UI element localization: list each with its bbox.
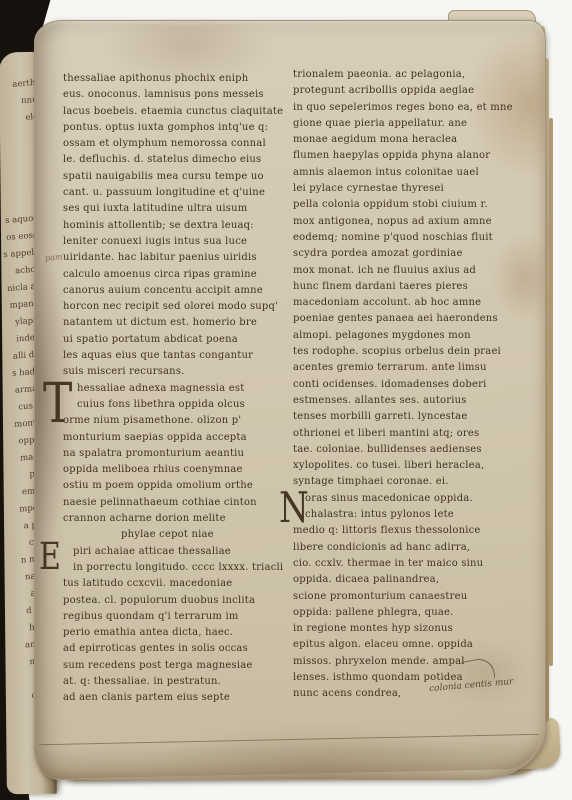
manuscript-line: othrionei et liberi mantini atq; ores [293,426,541,442]
manuscript-line: scydra pordea amozat gordiniae [293,246,541,262]
manuscript-line: tae. coloniae. bullidenses aedienses [293,442,541,458]
manuscript-line: cant. u. passuum longitudine et q'uine [63,185,297,201]
manuscript-line: sum recedens post terga magnesiae [63,658,297,674]
manuscript-line: le. defluchis. d. statelus dimecho eius [63,152,297,168]
manuscript-line: ad aen clanis partem eius septe [63,690,297,706]
manuscript-photo: aerthosnnum elomsi s aquosos eosds appel… [0,0,572,800]
manuscript-line: in porrectu longitudo. cccc lxxxx. triac… [63,560,297,576]
manuscript-line: oppida: pallene phlegra, quae. [293,605,541,621]
fold-crease [39,734,539,779]
manuscript-line: chalastra: intus pylonos lete [293,507,541,523]
manuscript-line: lacus boebeis. etaemia cunctus claquitat… [63,104,297,120]
manuscript-line: ad epirroticas gentes in solis occas [63,641,297,657]
manuscript-line: tenses morbilli garreti. lyncestae [293,409,541,425]
manuscript-line: natantem ut dictum est. homerio bre [63,315,297,331]
manuscript-line: in regione montes hyp sizonus [293,621,541,637]
manuscript-line: leniter conuexi iugis intus sua luce [63,234,297,250]
manuscript-line: poeniae gentes panaea aei haerondens [293,311,541,327]
manuscript-line: crannon acharne dorion melite [63,511,297,527]
initial-n: N [279,487,309,530]
manuscript-line: calculo amoenus circa ripas gramine [63,267,297,283]
manuscript-line: monturium saepias oppida accepta [63,430,297,446]
recto-page: thessaliae apithonus phochix enipheus. o… [34,20,546,780]
manuscript-line: missos. phryxelon mende. ampal [293,654,541,670]
manuscript-line: acentes gremio terrarum. ante limsu [293,360,541,376]
manuscript-line: piri achaiae atticae thessaliae [63,544,297,560]
manuscript-line: perio emathia antea dicta, haec. [63,625,297,641]
manuscript-line: hominis attollentib; se dextra leuaq: [63,218,297,234]
initial-e: E [39,539,61,577]
initial-t: T [43,377,72,432]
manuscript-line: amnis alaemon intus colonitae uael [293,165,541,181]
fore-edge-leaves [549,118,553,666]
manuscript-line: protegunt acribollis oppida aeglae [293,83,541,99]
manuscript-line: les aquas eius que tantas congantur [63,348,297,364]
manuscript-line: medio q: littoris flexus thessolonice [293,523,541,539]
manuscript-line: pontus. optus iuxta gomphos intq'ue q: [63,120,297,136]
manuscript-line: lei pylace cyrnestae thyresei [293,181,541,197]
manuscript-line: macedoniam accolunt. ab hoc amne [293,295,541,311]
manuscript-line: nunc acens condrea, [293,686,541,702]
manuscript-line: oppida. dicaea palinandrea, [293,572,541,588]
manuscript-line: orme nium pisamethone. olizon p' [63,413,297,429]
manuscript-line: pella colonia oppidum stobi ciuium r. [293,197,541,213]
manuscript-line: naesie pelinnathaeum cothiae cinton [63,495,297,511]
manuscript-line: in quo sepelerimos reges bono ea, et mne [293,100,541,116]
manuscript-line: libere condicionis ad hanc adirra, [293,540,541,556]
manuscript-line: at. q: thessaliae. in pestratun. [63,674,297,690]
manuscript-line: eus. onoconus. lamnisus pons messeis [63,87,297,103]
manuscript-line: almopi. pelagones mygdones mon [293,328,541,344]
manuscript-line: canorus auium concentu accipit amne [63,283,297,299]
manuscript-line: tes rodophe. scopius orbelus dein praei [293,344,541,360]
manuscript-line: estmenses. allantes ses. autorius [293,393,541,409]
manuscript-line: scione promonturium canaestreu [293,589,541,605]
manuscript-line: ui spatio portatum abdicat poena [63,332,297,348]
marginal-gloss: pam [45,252,63,262]
manuscript-line: epitus algon. elaceu omne. oppida [293,637,541,653]
manuscript-line: suis misceri recursans. [63,364,297,380]
right-column: trionalem paeonia. ac pelagonia,protegun… [293,67,541,703]
manuscript-line: gione quae pieria appellatur. ane [293,116,541,132]
manuscript-line: na spalatra promonturium aeantiu [63,446,297,462]
manuscript-line: trionalem paeonia. ac pelagonia, [293,67,541,83]
manuscript-line: thessaliae apithonus phochix eniph [63,71,297,87]
manuscript-line: horcon nec recipit sed olorei modo supq' [63,299,297,315]
manuscript-line: postea. cl. populorum duobus inclita [63,593,297,609]
manuscript-line: oras sinus macedonicae oppida. [293,491,541,507]
manuscript-line: syntage timphaei coronae. ei. [293,474,541,490]
manuscript-line: regibus quondam q'i terrarum im [63,609,297,625]
manuscript-line: cuius fons libethra oppida olcus [63,397,297,413]
manuscript-line: uiridante. hac labitur paenius uiridis [63,250,297,266]
manuscript-line: monae aegidum mona heraclea [293,132,541,148]
manuscript-line: eodemq; nomine p'quod noschias fluit [293,230,541,246]
manuscript-line: mox monat. ich ne fluuius axius ad [293,263,541,279]
manuscript-line: tus latitudo ccxcvii. macedoniae [63,576,297,592]
manuscript-line: hessaliae adnexa magnessia est [63,381,297,397]
manuscript-line: phylae cepot niae [63,527,297,543]
manuscript-line: oppida meliboea rhius coenymnae [63,462,297,478]
manuscript-line: hunc finem dardani taeres pieres [293,279,541,295]
manuscript-line: ses qui iuxta latitudine ultra uisum [63,201,297,217]
manuscript-line: xylopolites. co tusei. liberi heraclea, [293,458,541,474]
manuscript-line: ossam et olymphum nemorossa connal [63,136,297,152]
manuscript-line: flumen haepylas oppida phyna alanor [293,148,541,164]
manuscript-line: cio. ccxlv. thermae in ter maico sinu [293,556,541,572]
manuscript-line: conti ocidenses. idomadenses doberi [293,377,541,393]
left-column: thessaliae apithonus phochix enipheus. o… [63,71,297,707]
manuscript-line: ostiu m poem oppida omolium orthe [63,478,297,494]
manuscript-line: spatii nauigabilis mea cursu tempe uo [63,169,297,185]
manuscript-line: mox antigonea, nopus ad axium amne [293,214,541,230]
